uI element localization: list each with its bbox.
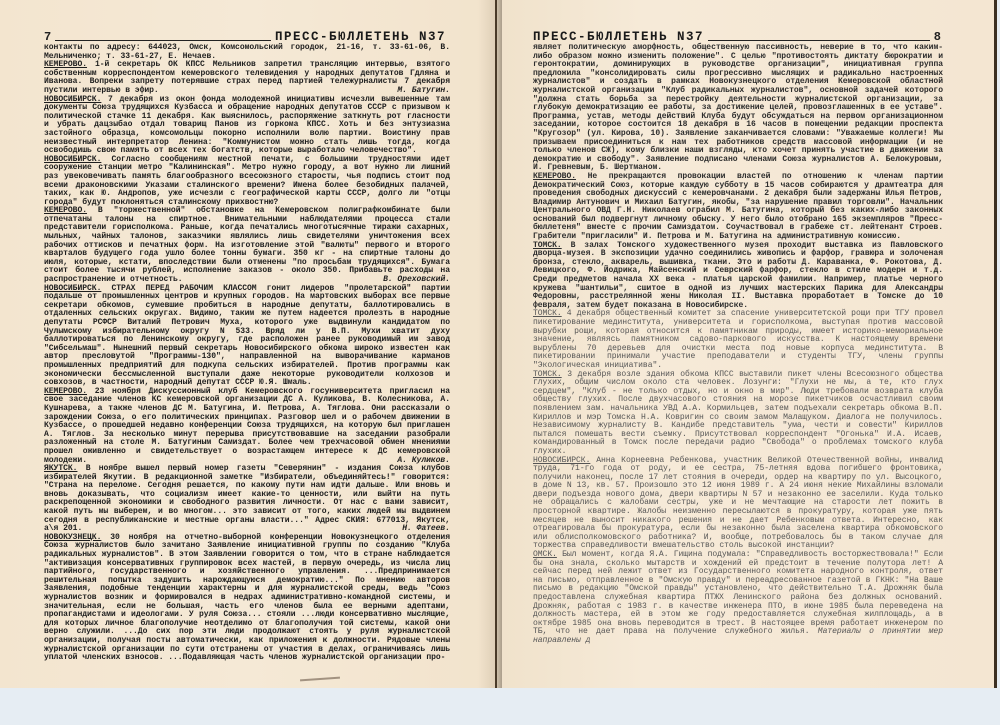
page-title: ПРЕСС-БЮЛЛЕТЕНЬ N37 — [275, 30, 446, 44]
article: ЯКУТСК. В ноябре вышел первый номер газе… — [44, 465, 450, 534]
article-text: 4 декабря общественный комитет за спасен… — [533, 309, 943, 370]
article-text: Согласно сообщениям местной печати, с бо… — [44, 155, 450, 207]
article: КЕМЕРОВО. Не прекращаются провокации вла… — [533, 173, 943, 242]
article-text: Не прекращаются провокации властей по от… — [533, 172, 943, 241]
article-text: являет политическую аморфность, обществе… — [533, 43, 943, 172]
article-text: 30 ноября на отчетно-выборной конференци… — [44, 533, 450, 662]
article-text: В ноябре вышел первый номер газеты "Севе… — [44, 464, 450, 533]
paper-mark — [300, 677, 340, 682]
left-page-body: контакты по адресу: 644023, Омск, Комсом… — [44, 44, 450, 663]
article: ТОМСК. 3 декабря возле здания обкома КПС… — [533, 371, 943, 457]
left-page-header: 7 ПРЕСС-БЮЛЛЕТЕНЬ N37 — [44, 30, 446, 44]
article-text: 23 ноября Дискуссионный клуб Кемеровског… — [44, 387, 450, 465]
page-number: 8 — [934, 30, 941, 44]
article-text: СТРАХ ПЕРЕД РАБОЧИМ КЛАССОМ гонит лидеро… — [44, 284, 450, 388]
article-text: Анна Корнеевна Ребенкова, участник Велик… — [533, 456, 943, 551]
page-number: 7 — [44, 30, 51, 44]
article-text: 1-й секретарь ОК КПСС Мельников запретил… — [44, 60, 450, 95]
document-spread: 7 ПРЕСС-БЮЛЛЕТЕНЬ N37 контакты по адресу… — [0, 0, 997, 688]
article: НОВОСИБИРСК. 7 декабря из окон фонда мол… — [44, 96, 450, 156]
article-text: Был момент, когда Я.А. Гищина подумала: … — [533, 550, 943, 636]
page-title: ПРЕСС-БЮЛЛЕТЕНЬ N37 — [533, 30, 704, 44]
left-page: 7 ПРЕСС-БЮЛЛЕТЕНЬ N37 контакты по адресу… — [0, 0, 497, 688]
article: КЕМЕРОВО. 1-й секретарь ОК КПСС Мельнико… — [44, 61, 450, 95]
article: являет политическую аморфность, обществе… — [533, 44, 943, 173]
article: НОВОСИБИРСК. СТРАХ ПЕРЕД РАБОЧИМ КЛАССОМ… — [44, 285, 450, 388]
article-text: контакты по адресу: 644023, Омск, Комсом… — [44, 43, 450, 61]
article-text: 7 декабря из окон фонда молодежной иници… — [44, 95, 450, 156]
article: НОВОСИБИРСК. Согласно сообщениям местной… — [44, 156, 450, 208]
right-page-body: являет политическую аморфность, обществе… — [533, 44, 943, 646]
header-rule — [708, 40, 930, 41]
right-page-header: ПРЕСС-БЮЛЛЕТЕНЬ N37 8 — [533, 30, 941, 44]
article: КЕМЕРОВО. В "торжественной" обстановке н… — [44, 207, 450, 284]
right-page: ПРЕСС-БЮЛЛЕТЕНЬ N37 8 являет политическу… — [497, 0, 997, 688]
article-text: В залах Томского художественного музея п… — [533, 241, 943, 310]
article-text: 3 декабря возле здания обкома КПСС выста… — [533, 370, 943, 456]
article-text: В "торжественной" обстановке на Кемеровс… — [44, 206, 450, 284]
article: КЕМЕРОВО. 23 ноября Дискуссионный клуб К… — [44, 388, 450, 465]
article: контакты по адресу: 644023, Омск, Комсом… — [44, 44, 450, 61]
article: НОВОСИБИРСК. Анна Корнеевна Ребенкова, у… — [533, 457, 943, 552]
article: ТОМСК. В залах Томского художественного … — [533, 242, 943, 311]
article: НОВОКУЗНЕЦК. 30 ноября на отчетно-выборн… — [44, 534, 450, 663]
header-rule — [55, 40, 271, 41]
article: ОМСК. Был момент, когда Я.А. Гищина поду… — [533, 551, 943, 646]
article: ТОМСК. 4 декабря общественный комитет за… — [533, 310, 943, 370]
